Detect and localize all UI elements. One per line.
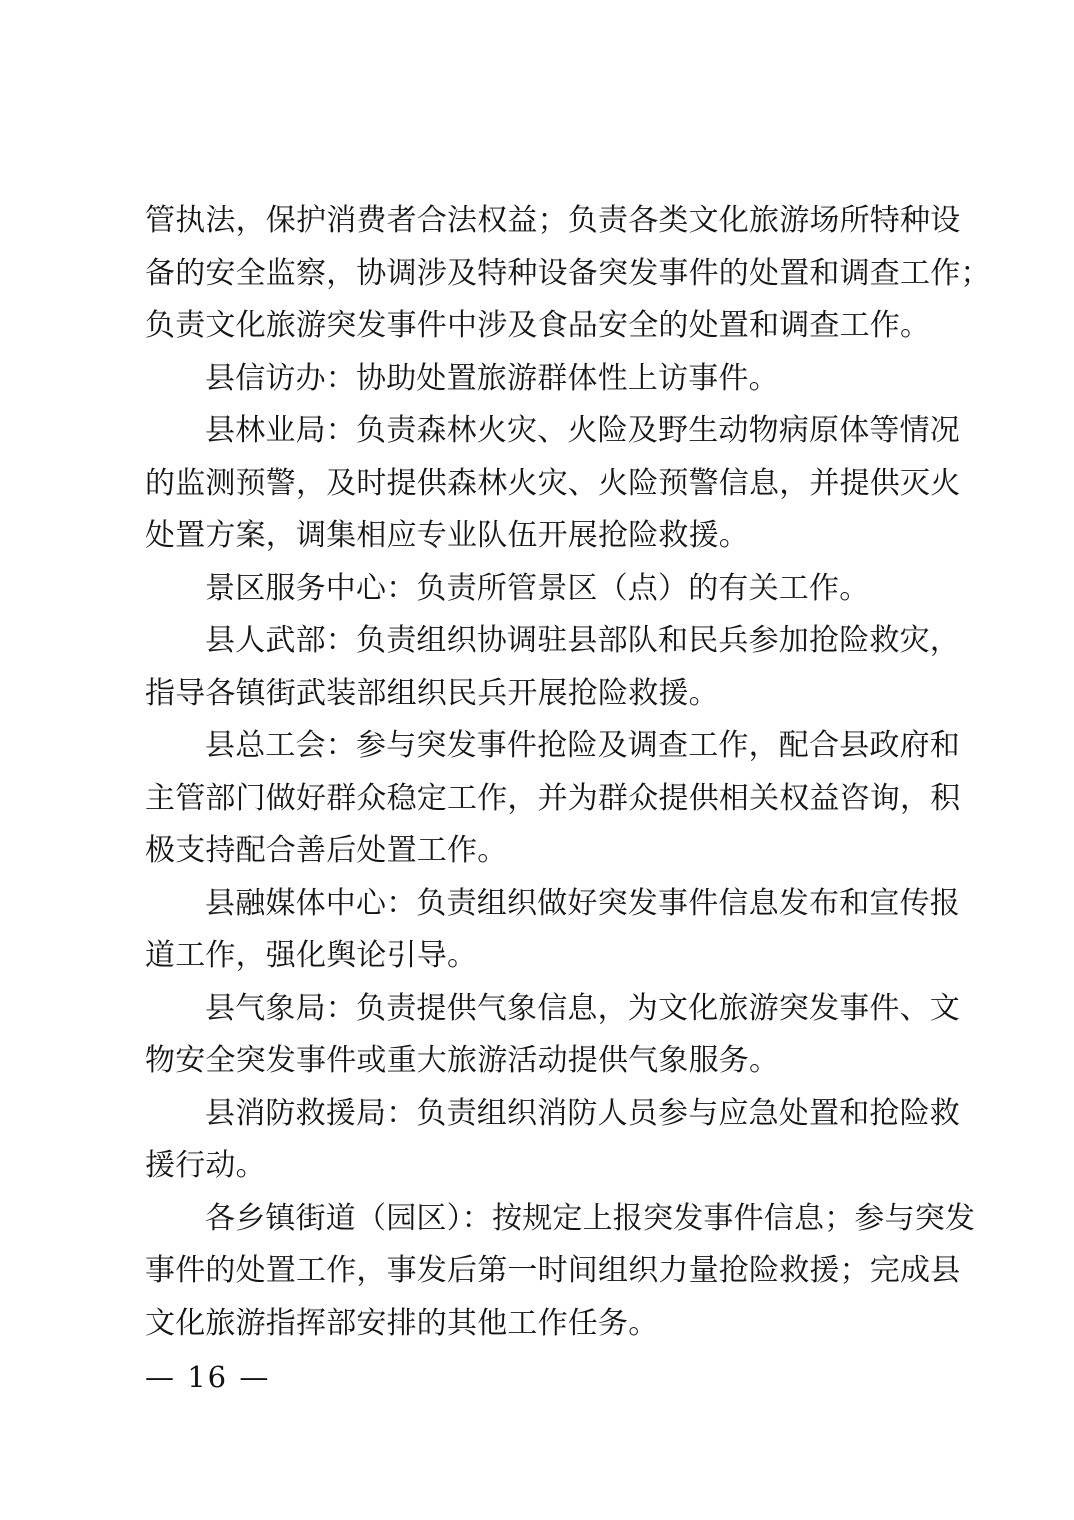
text-line: 处置方案，调集相应专业队伍开展抢险救援。: [145, 510, 957, 563]
text-line: 道工作，强化舆论引导。: [145, 930, 957, 983]
text-line: 援行动。: [145, 1140, 957, 1193]
paragraph: 县人武部：负责组织协调驻县部队和民兵参加抢险救灾，指导各镇街武装部组织民兵开展抢…: [145, 615, 957, 720]
text-line: 极支持配合善后处置工作。: [145, 825, 957, 878]
page-footer: — 16 —: [145, 1356, 270, 1398]
page-background: 管执法，保护消费者合法权益；负责各类文化旅游场所特种设备的安全监察，协调涉及特种…: [0, 0, 1074, 1520]
paragraph: 县气象局：负责提供气象信息，为文化旅游突发事件、文物安全突发事件或重大旅游活动提…: [145, 983, 957, 1088]
text-line: 景区服务中心：负责所管景区（点）的有关工作。: [145, 563, 957, 616]
text-line: 事件的处置工作，事发后第一时间组织力量抢险救援；完成县: [145, 1245, 957, 1298]
text-line: 县消防救援局：负责组织消防人员参与应急处置和抢险救: [145, 1088, 957, 1141]
paragraph: 县林业局：负责森林火灾、火险及野生动物病原体等情况的监测预警，及时提供森林火灾、…: [145, 405, 957, 563]
paragraph: 各乡镇街道（园区）：按规定上报突发事件信息；参与突发事件的处置工作，事发后第一时…: [145, 1193, 957, 1351]
text-line: 备的安全监察，协调涉及特种设备突发事件的处置和调查工作；: [145, 248, 957, 301]
paragraph: 县总工会：参与突发事件抢险及调查工作，配合县政府和主管部门做好群众稳定工作，并为…: [145, 720, 957, 878]
paragraph: 县信访办：协助处置旅游群体性上访事件。: [145, 353, 957, 406]
text-line: 县人武部：负责组织协调驻县部队和民兵参加抢险救灾，: [145, 615, 957, 668]
text-line: 物安全突发事件或重大旅游活动提供气象服务。: [145, 1035, 957, 1088]
paragraph: 管执法，保护消费者合法权益；负责各类文化旅游场所特种设备的安全监察，协调涉及特种…: [145, 195, 957, 353]
text-line: 主管部门做好群众稳定工作，并为群众提供相关权益咨询，积: [145, 773, 957, 826]
paragraph: 景区服务中心：负责所管景区（点）的有关工作。: [145, 563, 957, 616]
paragraph: 县消防救援局：负责组织消防人员参与应急处置和抢险救援行动。: [145, 1088, 957, 1193]
page-number: — 16 —: [145, 1360, 270, 1394]
text-line: 县气象局：负责提供气象信息，为文化旅游突发事件、文: [145, 983, 957, 1036]
text-line: 的监测预警，及时提供森林火灾、火险预警信息，并提供灭火: [145, 458, 957, 511]
text-line: 县林业局：负责森林火灾、火险及野生动物病原体等情况: [145, 405, 957, 458]
text-line: 县融媒体中心：负责组织做好突发事件信息发布和宣传报: [145, 878, 957, 931]
document-page: { "page": { "background_color": "#ffffff…: [0, 0, 1074, 1520]
text-line: 指导各镇街武装部组织民兵开展抢险救援。: [145, 668, 957, 721]
text-line: 县总工会：参与突发事件抢险及调查工作，配合县政府和: [145, 720, 957, 773]
text-line: 负责文化旅游突发事件中涉及食品安全的处置和调查工作。: [145, 300, 957, 353]
text-line: 各乡镇街道（园区）：按规定上报突发事件信息；参与突发: [145, 1193, 957, 1246]
paragraph: 县融媒体中心：负责组织做好突发事件信息发布和宣传报道工作，强化舆论引导。: [145, 878, 957, 983]
document-body: 管执法，保护消费者合法权益；负责各类文化旅游场所特种设备的安全监察，协调涉及特种…: [145, 195, 957, 1350]
text-line: 管执法，保护消费者合法权益；负责各类文化旅游场所特种设: [145, 195, 957, 248]
text-line: 县信访办：协助处置旅游群体性上访事件。: [145, 353, 957, 406]
text-line: 文化旅游指挥部安排的其他工作任务。: [145, 1298, 957, 1351]
